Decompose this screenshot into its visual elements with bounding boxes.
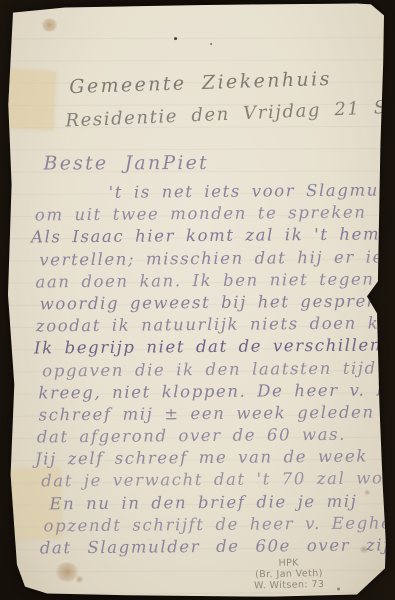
photo-background: Gemeente Ziekenhuis Residentie den Vrijd…: [0, 0, 395, 600]
tape-patch-top-left: [6, 69, 56, 129]
letter-line: schreef mij ± een week geleden: [39, 401, 389, 426]
letter-line: 't is net iets voor Slagmulder: [109, 179, 387, 204]
letter-body: 't is net iets voor Slagmulderom uit twe…: [31, 179, 390, 559]
archive-annotation: HPK (Br. Jan Veth) W. Witsen: 73: [229, 556, 350, 592]
letter-line: Jij zelf schreef me van de week: [35, 446, 389, 471]
letter-salutation: Beste JanPiet: [43, 152, 208, 175]
letter-line: dat afgerond over de 60 was.: [37, 423, 389, 448]
letter-paper-wrap: Gemeente Ziekenhuis Residentie den Vrijd…: [6, 4, 389, 597]
letter-line: Als Isaac hier komt zal ik 't hem: [31, 224, 387, 249]
letter-header-institution: Gemeente Ziekenhuis: [69, 68, 332, 98]
ink-speck: [174, 37, 177, 40]
letter-line: om uit twee monden te spreken: [35, 202, 387, 227]
ink-speck: [210, 43, 212, 45]
letter-line: woordig geweest bij het gesprek: [40, 290, 388, 315]
letter-line: vertellen; misschien dat hij er iets: [39, 246, 387, 271]
letter-line: opzendt schrijft de heer v. Eeghen: [44, 512, 390, 537]
letter-line: En nu in den brief die je mij: [49, 490, 389, 515]
letter-line: opgaven die ik den laatsten tijd: [42, 357, 388, 382]
letter-header-date: Residentie den Vrijdag 21 Sept 1917: [65, 93, 395, 132]
letter-paper: Gemeente Ziekenhuis Residentie den Vrijd…: [5, 3, 390, 597]
letter-line: kreeg, niet kloppen. De heer v. Eeghen: [38, 379, 388, 404]
letter-line: zoodat ik natuurlijk niets doen kan: [36, 313, 388, 338]
stain-bottom-left-small: [75, 575, 84, 583]
letter-line: aan doen kan. Ik ben niet tegen: [35, 268, 387, 293]
annotation-line: W. Witsen: 73: [229, 579, 349, 593]
letter-line: Ik begrijp niet dat de verschillende: [34, 335, 388, 360]
stain-top-left: [41, 18, 58, 31]
letter-line: dat je verwacht dat 't 70 zal word.: [41, 468, 389, 493]
